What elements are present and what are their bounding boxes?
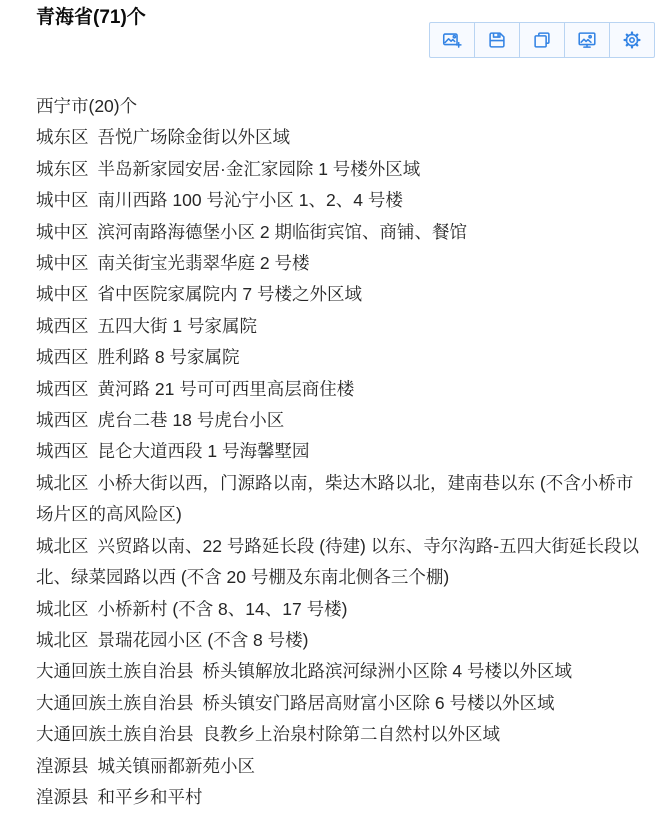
district-label: 城中区 [36,190,89,210]
area-label: 虎台二巷 18 号虎台小区 [98,410,285,430]
list-item: 城中区南关街宝光翡翠华庭 2 号楼 [36,248,642,279]
area-label: 良教乡上治泉村除第二自然村以外区域 [203,724,501,744]
area-label: 胜利路 8 号家属院 [98,347,240,367]
page-title: 青海省(71)个 [36,6,146,30]
list-item: 大通回族土族自治县桥头镇安门路居高财富小区除 6 号楼以外区域 [36,688,642,719]
area-label: 小桥新村 (不含 8、14、17 号楼) [98,599,348,619]
area-label: 五四大街 1 号家属院 [98,316,257,336]
district-label: 城北区 [36,536,89,556]
area-label: 黄河路 21 号可可西里高层商住楼 [98,379,355,399]
district-label: 大通回族土族自治县 [36,661,194,681]
district-label: 城北区 [36,630,89,650]
district-label: 城中区 [36,284,89,304]
district-label: 城西区 [36,347,89,367]
district-label: 城西区 [36,316,89,336]
city-header: 西宁市(20)个 [36,91,642,122]
list-item: 城西区胜利路 8 号家属院 [36,342,642,373]
copy-button[interactable] [520,23,565,57]
add-image-button[interactable] [430,23,475,57]
area-label: 昆仑大道西段 1 号海馨墅园 [98,441,310,461]
area-label: 桥头镇安门路居高财富小区除 6 号楼以外区域 [203,693,555,713]
district-label: 湟源县 [36,756,89,776]
area-label: 和平乡和平村 [98,787,203,807]
save-button[interactable] [475,23,520,57]
area-label: 景瑞花园小区 (不含 8 号楼) [98,630,309,650]
list-item: 城西区五四大街 1 号家属院 [36,311,642,342]
district-label: 城中区 [36,253,89,273]
area-label: 小桥大街以西，门源路以南，柴达木路以北，建南巷以东 (不含小桥市场片区的高风险区… [36,473,633,524]
list-item: 城中区滨河南路海德堡小区 2 期临街宾馆、商铺、餐馆 [36,217,642,248]
list-item: 城西区昆仑大道西段 1 号海馨墅园 [36,436,642,467]
list-item: 城北区景瑞花园小区 (不含 8 号楼) [36,625,642,656]
copy-icon [531,29,553,51]
district-label: 城北区 [36,599,89,619]
set-wallpaper-button[interactable] [565,23,610,57]
district-label: 大通回族土族自治县 [36,724,194,744]
settings-button[interactable] [610,23,654,57]
area-label: 南川西路 100 号沁宁小区 1、2、4 号楼 [98,190,403,210]
area-label: 吾悦广场除金街以外区域 [98,127,291,147]
district-label: 城东区 [36,159,89,179]
district-label: 城西区 [36,410,89,430]
area-label: 城关镇丽都新苑小区 [98,756,256,776]
risk-area-list: 西宁市(20)个 城东区吾悦广场除金街以外区域 城东区半岛新家园安居·金汇家园除… [36,91,642,813]
toolbar [429,22,655,58]
district-label: 城西区 [36,441,89,461]
monitor-image-icon [576,29,598,51]
list-item: 城北区兴贸路以南、22 号路延长段 (待建) 以东、寺尔沟路-五四大街延长段以北… [36,531,642,594]
save-icon [486,29,508,51]
list-item: 城西区虎台二巷 18 号虎台小区 [36,405,642,436]
list-item: 城北区小桥大街以西，门源路以南，柴达木路以北，建南巷以东 (不含小桥市场片区的高… [36,468,642,531]
district-label: 城中区 [36,222,89,242]
gear-icon [621,29,643,51]
district-label: 城西区 [36,379,89,399]
area-label: 桥头镇解放北路滨河绿洲小区除 4 号楼以外区域 [203,661,572,681]
list-item: 大通回族土族自治县良教乡上治泉村除第二自然村以外区域 [36,719,642,750]
area-label: 南关街宝光翡翠华庭 2 号楼 [98,253,310,273]
page: 青海省(71)个 [0,0,660,817]
area-label: 兴贸路以南、22 号路延长段 (待建) 以东、寺尔沟路-五四大街延长段以北、绿菜… [36,536,639,587]
list-item: 城东区吾悦广场除金街以外区域 [36,122,642,153]
list-item: 城北区小桥新村 (不含 8、14、17 号楼) [36,594,642,625]
district-label: 湟源县 [36,787,89,807]
district-label: 大通回族土族自治县 [36,693,194,713]
list-item: 湟源县和平乡和平村 [36,782,642,813]
area-label: 滨河南路海德堡小区 2 期临街宾馆、商铺、餐馆 [98,222,467,242]
image-plus-icon [441,29,463,51]
area-label: 省中医院家属院内 7 号楼之外区域 [98,284,362,304]
list-item: 城中区南川西路 100 号沁宁小区 1、2、4 号楼 [36,185,642,216]
list-item: 城东区半岛新家园安居·金汇家园除 1 号楼外区域 [36,154,642,185]
list-item: 湟源县城关镇丽都新苑小区 [36,751,642,782]
district-label: 城北区 [36,473,89,493]
area-label: 半岛新家园安居·金汇家园除 1 号楼外区域 [98,159,421,179]
list-rows: 城东区吾悦广场除金街以外区域 城东区半岛新家园安居·金汇家园除 1 号楼外区域 … [36,122,642,813]
list-item: 城西区黄河路 21 号可可西里高层商住楼 [36,374,642,405]
list-item: 大通回族土族自治县桥头镇解放北路滨河绿洲小区除 4 号楼以外区域 [36,656,642,687]
list-item: 城中区省中医院家属院内 7 号楼之外区域 [36,279,642,310]
district-label: 城东区 [36,127,89,147]
